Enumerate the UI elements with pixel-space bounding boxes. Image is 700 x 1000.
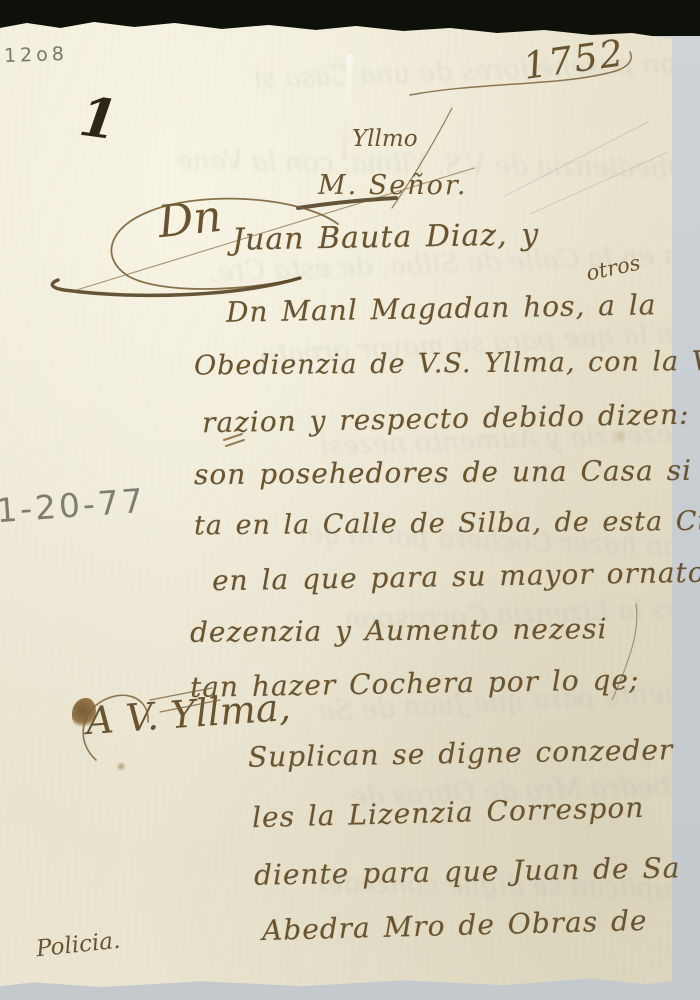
pencil-archive-number: 12o8 bbox=[4, 43, 69, 67]
manuscript-line: ta en la Calle de Silba, de esta Cte, bbox=[194, 506, 700, 542]
stain bbox=[116, 762, 126, 771]
opening-initial: Dn bbox=[156, 191, 225, 248]
manuscript-scan: son posehedores de una Casa si Obedienzi… bbox=[0, 0, 700, 1000]
manuscript-line: son posehedores de una Casa si bbox=[194, 454, 692, 491]
manuscript-line: dezenzia y Aumento nezesi bbox=[190, 612, 608, 649]
manuscript-line: Juan Bauta Diaz, y bbox=[232, 217, 540, 257]
salutation-line2: M. Señor. bbox=[318, 170, 467, 201]
manuscript-line: Obedienzia de V.S. Yllma, con la Vene bbox=[194, 346, 700, 382]
salutation-line1: Yllmo bbox=[352, 126, 418, 152]
